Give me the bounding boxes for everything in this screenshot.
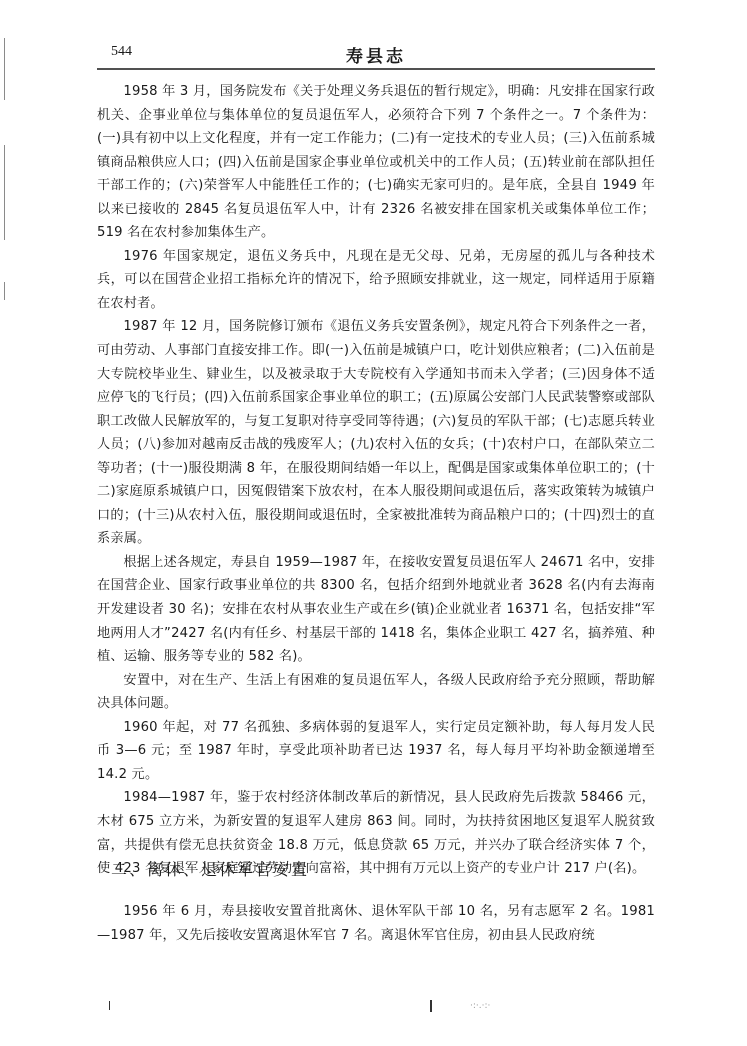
scan-edge-line [4, 38, 5, 100]
section-heading: 二、离休、退休军官安置 [111, 857, 309, 880]
paragraph: 1976 年国家规定，退伍义务兵中，凡现在是无父母、兄弟，无房屋的孤儿与各种技术… [97, 245, 655, 316]
scan-artifact [109, 1001, 110, 1010]
paragraph: 1956 年 6 月，寿县接收安置首批离休、退休军队干部 10 名，另有志愿军 … [97, 900, 655, 947]
section-body: 1956 年 6 月，寿县接收安置首批离休、退休军队干部 10 名，另有志愿军 … [97, 900, 655, 947]
scan-edge-line [4, 282, 5, 300]
paragraph: 1958 年 3 月，国务院发布《关于处理义务兵退伍的暂行规定》，明确：凡安排在… [97, 80, 655, 245]
scan-edge-line [4, 145, 5, 240]
paragraph: 根据上述各规定，寿县自 1959—1987 年，在接收安置复员退伍军人 2467… [97, 551, 655, 669]
paragraph: 1960 年起，对 77 名孤独、多病体弱的复退军人，实行定员定额补助，每人每月… [97, 716, 655, 787]
running-header: 544 寿县志 [97, 42, 655, 66]
scan-noise: ·:·.·:· [470, 1001, 490, 1011]
header-rule [97, 68, 655, 70]
paragraph: 1987 年 12 月，国务院修订颁布《退伍义务兵安置条例》，规定凡符合下列条件… [97, 315, 655, 550]
scan-artifact [430, 1000, 432, 1012]
paragraph: 安置中，对在生产、生活上有困难的复员退伍军人，各级人民政府给予充分照顾，帮助解决… [97, 669, 655, 716]
book-title: 寿县志 [97, 42, 655, 67]
body-text: 1958 年 3 月，国务院发布《关于处理义务兵退伍的暂行规定》，明确：凡安排在… [97, 80, 655, 881]
